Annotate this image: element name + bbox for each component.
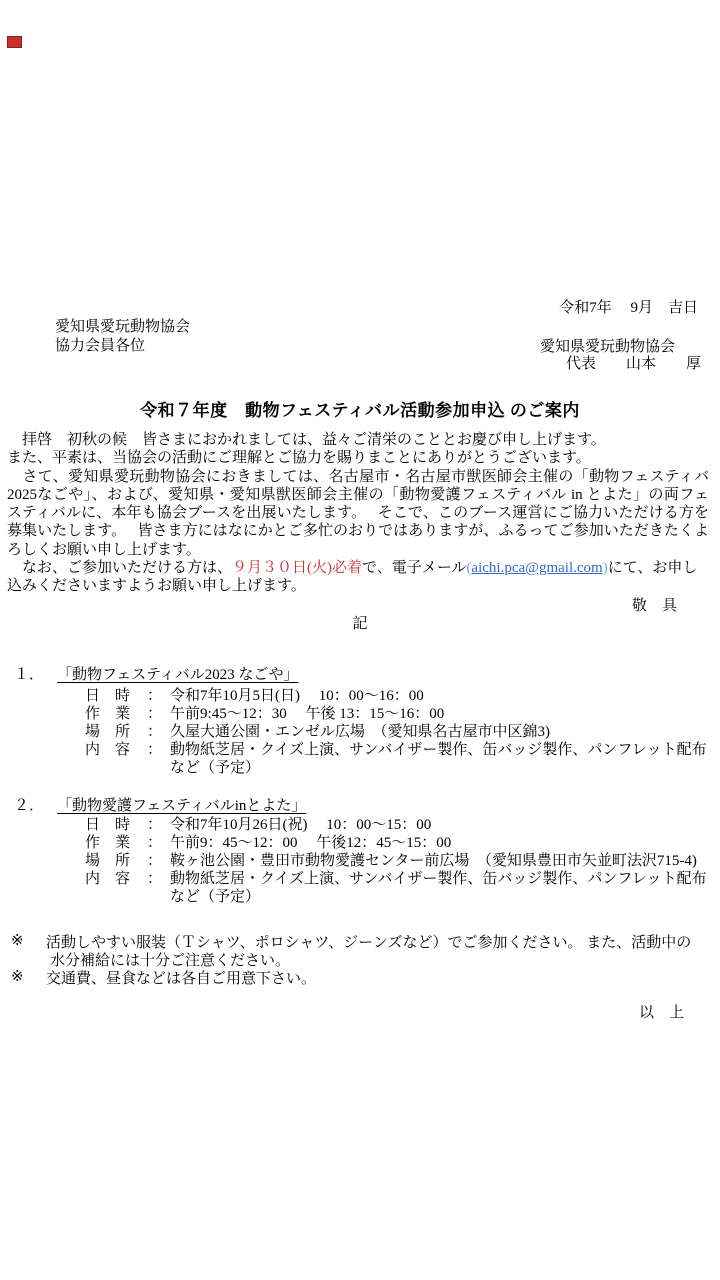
body-line: 拝啓 初秋の候 皆さまにおかれましては、益々ご清栄のこととお慶び申し上げます。: [7, 431, 709, 449]
apply-line: なお、ご参加いただける方は、９月３０日(火)必着で、電子メール(aichi.pc…: [7, 559, 709, 577]
addressee-org: 愛知県愛玩動物協会: [55, 315, 190, 336]
note2-marker: ※: [11, 967, 24, 986]
row-colon: ：: [147, 738, 162, 759]
section1-heading-line: １．「動物フェスティバル2023 なごや」: [14, 663, 299, 684]
section1-number: １．: [14, 663, 57, 684]
section1-heading: 「動物フェスティバル2023 なごや」: [57, 667, 299, 683]
body-line: 募集いたします。 皆さま方にはなにかとご多忙のおりではありますが、ふるってご参加…: [7, 522, 709, 540]
apply-suffix: にて、お申し: [608, 560, 698, 576]
body-line: スティバルに、本年も協会ブースを出展いたします。 そこで、このブース運営にご協力…: [7, 504, 709, 522]
section2-number: ２．: [14, 794, 57, 815]
sender-representative: 代表 山本 厚: [566, 352, 701, 373]
red-placeholder-mark: [7, 36, 22, 48]
body-line: 2025なごや」、および、愛知県・愛知県獣医師会主催の「動物愛護フェスティバル …: [7, 486, 709, 504]
apply-mid: で、電子メール: [362, 560, 466, 576]
body-line: また、平素は、当協会の活動にご理解とご協力を賜りまことにありがとうございます。: [7, 449, 709, 467]
section2-heading-line: ２．「動物愛護フェスティバルinとよた」: [14, 794, 306, 815]
deadline-text: ９月３０日(火)必着: [232, 560, 362, 576]
email-link[interactable]: aichi.pca@gmail.com: [471, 560, 602, 576]
date-line: 令和7年 9月 吉日: [559, 296, 698, 317]
document-page: 令和7年 9月 吉日 愛知県愛玩動物協会 協力会員各位 愛知県愛玩動物協会 代表…: [0, 0, 720, 1280]
row-colon: ：: [147, 867, 162, 888]
note2-line1: 交通費、昼食などは各自ご用意下さい。: [46, 967, 316, 988]
body-line: ろしくお願い申し上げます。: [7, 541, 709, 559]
page-title: 令和７年度 動物フェスティバル活動参加申込 のご案内: [0, 396, 720, 421]
note1-marker: ※: [11, 931, 24, 950]
body-line: さて、愛知県愛玩動物協会におきましては、名古屋市・名古屋市獣医師会主催の「動物フ…: [7, 468, 709, 486]
apply-prefix: なお、ご参加いただける方は、: [7, 560, 232, 576]
section2-heading: 「動物愛護フェスティバルinとよた」: [57, 798, 306, 814]
section2-continuation: など（予定）: [170, 885, 260, 906]
row-label: 内 容: [85, 738, 130, 759]
body-line: 込みくださいますようお願い申し上げます。: [7, 577, 709, 595]
body-paragraphs: 拝啓 初秋の候 皆さまにおかれましては、益々ご清栄のこととお慶び申し上げます。 …: [7, 431, 709, 596]
footer-closing: 以 上: [639, 1001, 684, 1022]
row-label: 内 容: [85, 867, 130, 888]
addressee-members: 協力会員各位: [55, 334, 145, 355]
section1-continuation: など（予定）: [170, 756, 260, 777]
ki-marker: 記: [0, 612, 720, 633]
